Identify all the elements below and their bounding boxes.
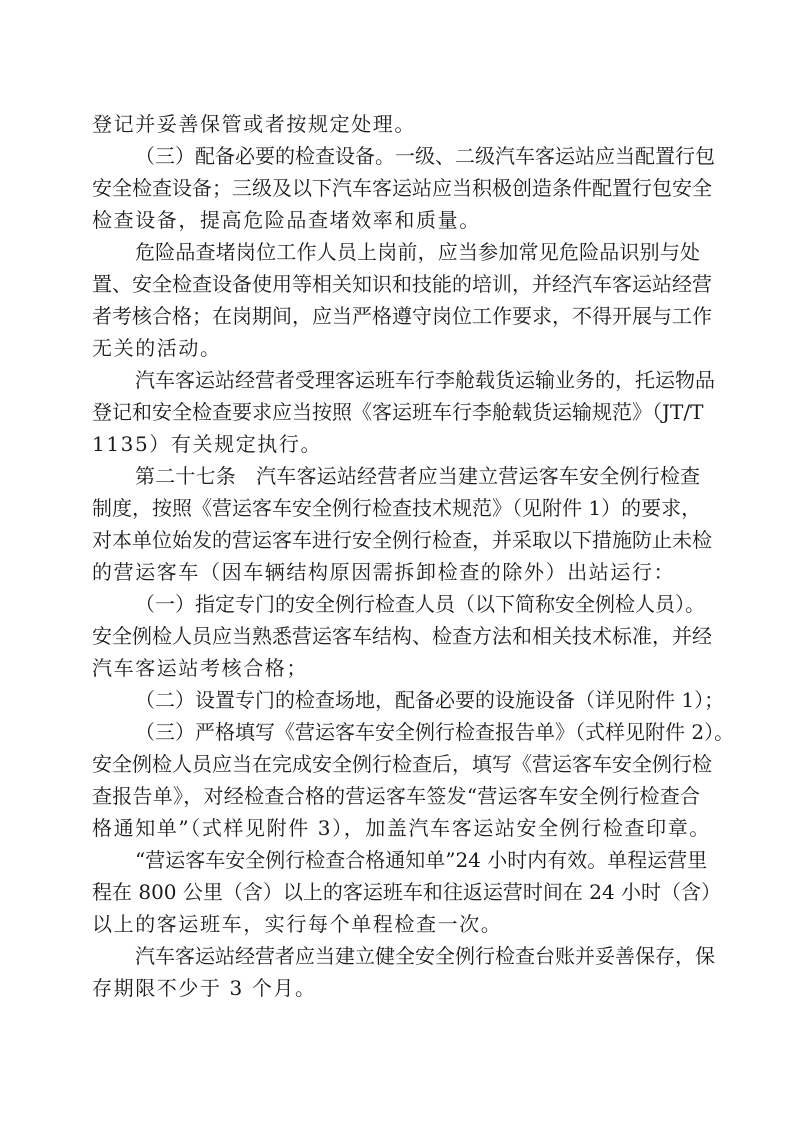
para-item-1-inspectors: （一）指定专门的安全例行检查人员（以下简称安全例检人员）。安全例检人员应当熟悉营… bbox=[92, 588, 700, 684]
text-line: 汽车客运站经营者应当建立健全安全例行检查台账并妥善保存，保 bbox=[92, 940, 700, 972]
text-line: 程在 800 公里（含）以上的客运班车和往返运营时间在 24 小时（含） bbox=[92, 876, 700, 908]
text-line: 者考核合格；在岗期间，应当严格遵守岗位工作要求，不得开展与工作 bbox=[92, 300, 700, 332]
text-line: 查报告单》，对经检查合格的营运客车签发“营运客车安全例行检查合 bbox=[92, 780, 700, 812]
text-line: 存期限不少于 3 个月。 bbox=[92, 972, 700, 1004]
para-staff-training: 危险品查堵岗位工作人员上岗前，应当参加常见危险品识别与处置、安全检查设备使用等相… bbox=[92, 236, 700, 364]
text-line: 制度，按照《营运客车安全例行检查技术规范》（见附件 1）的要求， bbox=[92, 492, 700, 524]
para-item-3-inspection-equipment: （三）配备必要的检查设备。一级、二级汽车客运站应当配置行包安全检查设备；三级及以… bbox=[92, 140, 700, 236]
para-article-27: 第二十七条 汽车客运站经营者应当建立营运客车安全例行检查制度，按照《营运客车安全… bbox=[92, 460, 700, 588]
text-line: 危险品查堵岗位工作人员上岗前，应当参加常见危险品识别与处 bbox=[92, 236, 700, 268]
para-item-2-site: （二）设置专门的检查场地，配备必要的设施设备（详见附件 1）； bbox=[92, 684, 700, 716]
text-line: 安全例检人员应当在完成安全例行检查后，填写《营运客车安全例行检 bbox=[92, 748, 700, 780]
text-line: 检查设备，提高危险品查堵效率和质量。 bbox=[92, 204, 700, 236]
para-storage-handling-end: 登记并妥善保管或者按规定处理。 bbox=[92, 108, 700, 140]
text-line: 安全检查设备；三级及以下汽车客运站应当积极创造条件配置行包安全 bbox=[92, 172, 700, 204]
text-line: 第二十七条 汽车客运站经营者应当建立营运客车安全例行检查 bbox=[92, 460, 700, 492]
text-line: （三）严格填写《营运客车安全例行检查报告单》（式样见附件 2）。 bbox=[92, 716, 700, 748]
text-line: （二）设置专门的检查场地，配备必要的设施设备（详见附件 1）； bbox=[92, 684, 700, 716]
text-line: 的营运客车（因车辆结构原因需拆卸检查的除外）出站运行： bbox=[92, 556, 700, 588]
text-line: 1135）有关规定执行。 bbox=[92, 428, 700, 460]
para-luggage-cargo: 汽车客运站经营者受理客运班车行李舱载货运输业务的，托运物品登记和安全检查要求应当… bbox=[92, 364, 700, 460]
text-line: 登记和安全检查要求应当按照《客运班车行李舱载货运输规范》（JT/T bbox=[92, 396, 700, 428]
text-line: （一）指定专门的安全例行检查人员（以下简称安全例检人员）。 bbox=[92, 588, 700, 620]
text-line: 置、安全检查设备使用等相关知识和技能的培训，并经汽车客运站经营 bbox=[92, 268, 700, 300]
text-line: 对本单位始发的营运客车进行安全例行检查，并采取以下措施防止未检 bbox=[92, 524, 700, 556]
document-page: 登记并妥善保管或者按规定处理。（三）配备必要的检查设备。一级、二级汽车客运站应当… bbox=[92, 108, 700, 1004]
para-ledger: 汽车客运站经营者应当建立健全安全例行检查台账并妥善保存，保存期限不少于 3 个月… bbox=[92, 940, 700, 1004]
text-line: 汽车客运站经营者受理客运班车行李舱载货运输业务的，托运物品 bbox=[92, 364, 700, 396]
text-line: “营运客车安全例行检查合格通知单”24 小时内有效。单程运营里 bbox=[92, 844, 700, 876]
text-line: 登记并妥善保管或者按规定处理。 bbox=[92, 108, 700, 140]
text-line: 安全例检人员应当熟悉营运客车结构、检查方法和相关技术标准，并经 bbox=[92, 620, 700, 652]
text-line: 格通知单”（式样见附件 3），加盖汽车客运站安全例行检查印章。 bbox=[92, 812, 700, 844]
text-line: （三）配备必要的检查设备。一级、二级汽车客运站应当配置行包 bbox=[92, 140, 700, 172]
text-line: 以上的客运班车，实行每个单程检查一次。 bbox=[92, 908, 700, 940]
text-line: 汽车客运站考核合格； bbox=[92, 652, 700, 684]
para-item-3-report: （三）严格填写《营运客车安全例行检查报告单》（式样见附件 2）。安全例检人员应当… bbox=[92, 716, 700, 844]
text-line: 无关的活动。 bbox=[92, 332, 700, 364]
para-validity: “营运客车安全例行检查合格通知单”24 小时内有效。单程运营里程在 800 公里… bbox=[92, 844, 700, 940]
